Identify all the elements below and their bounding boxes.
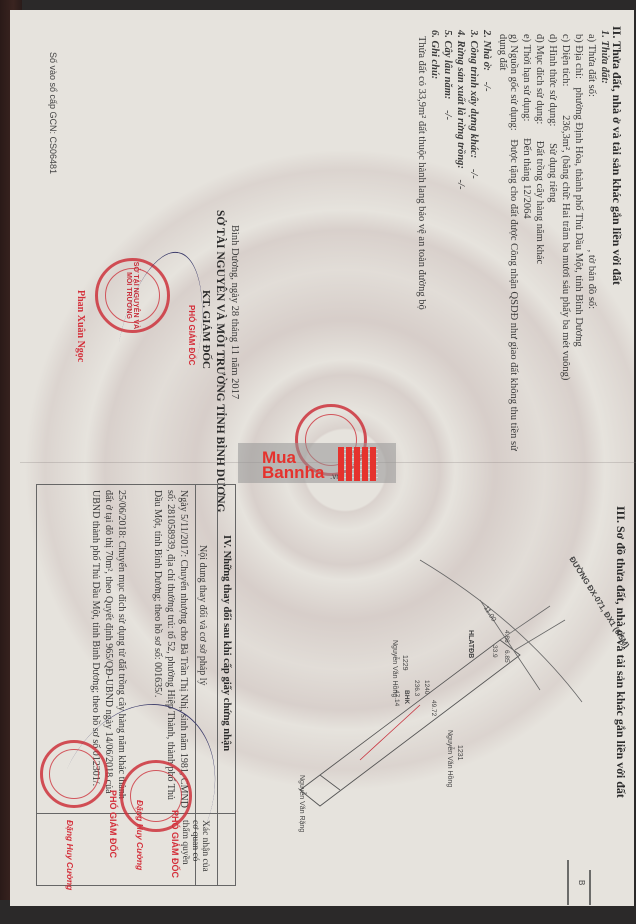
watermark-building-icon [338, 447, 378, 481]
dimension-c: 33.9 [491, 645, 498, 658]
corridor-label: HLATĐB [467, 630, 474, 658]
usage-term-row: e) Thời hạn sử dụng: Đến tháng 12/2064 [521, 34, 532, 219]
neighbor-3-owner: Nguyễn Văn Rặng [298, 775, 305, 832]
issuing-agency: SỞ TÀI NGUYÊN VÀ MÔI TRƯỜNG TỈNH BÌNH DƯ… [214, 210, 226, 512]
usage-purpose-row: đ) Mục đích sử dụng: Đất trồng cây hàng … [534, 34, 545, 264]
house-row: 2. Nhà ở: -/- [481, 30, 492, 91]
note-heading: 6. Ghi chú: [429, 30, 440, 79]
parcel-area-label: 236.3 [413, 680, 420, 696]
issue-date: Bình Dương, ngày 28 tháng 11 năm 2017 [229, 225, 240, 399]
registry-number: Số vào sổ cấp GCN: CS06481 [48, 52, 58, 174]
entry-1-signer: Đặng Huy Cường [135, 800, 145, 870]
section-iv-title: IV. Những thay đổi sau khi cấp giấy chứn… [221, 535, 232, 751]
dimension-d: 49.72 [430, 700, 437, 716]
area-row: c) Diện tích: 236,3m², (bằng chữ: Hai tr… [560, 34, 571, 380]
entry-2-signer: Đặng Huy Cường [65, 820, 75, 890]
north-arrow-label: B [577, 880, 586, 885]
note-text: Thửa đất có 33,9m² đất thuộc hành lang b… [416, 36, 427, 310]
entry-1-role: PHÓ GIÁM ĐỐC [170, 810, 180, 878]
column-content-header: Nội dung thay đổi và cơ sở pháp lý [197, 545, 208, 686]
neighbor-2-owner: Nguyễn Văn Hồng [446, 730, 453, 787]
parcel-number-row: a) Thửa đất số: , tờ bản đồ số: [586, 34, 597, 309]
section-ii-title: II. Thửa đất, nhà ở và tài sản khác gắn … [609, 26, 624, 285]
entry-2-role: PHÓ GIÁM ĐỐC [108, 790, 118, 858]
signer-name: Phan Xuân Ngọc [75, 290, 86, 362]
usage-origin-row: g) Nguồn gốc sử dụng: Được tặng cho đất … [497, 34, 519, 464]
watermark-bannha: Bannha [262, 465, 324, 480]
dimension-a: 4.86 [503, 630, 510, 643]
land-class-label: BHK [403, 690, 410, 704]
address-row: b) Địa chỉ: phường Định Hòa, thành phố T… [573, 34, 584, 347]
neighbor-2-parcel: 1231 [456, 745, 463, 761]
land-heading: 1. Thửa đất: [599, 30, 610, 84]
other-construction-row: 3. Công trình xây dựng khác: -/- [468, 30, 479, 179]
neighbor-1-parcel: 1229 [401, 655, 408, 671]
perennial-tree-row: 5. Cây lâu năm: -/- [442, 30, 453, 120]
usage-form-row: d) Hình thức sử dụng: Sử dụng riêng [547, 34, 558, 202]
forest-row: 4. Rừng sản xuất là rừng trồng: -/- [455, 30, 466, 189]
parcel-number-label: 1240 [423, 680, 430, 694]
dimension-b: 6.85 [503, 650, 510, 663]
section-iii-title: III. Sơ đồ thửa đất, nhà ở và tài sản kh… [613, 506, 628, 798]
neighbor-1-owner: Nguyễn Văn Hồng [391, 640, 398, 697]
